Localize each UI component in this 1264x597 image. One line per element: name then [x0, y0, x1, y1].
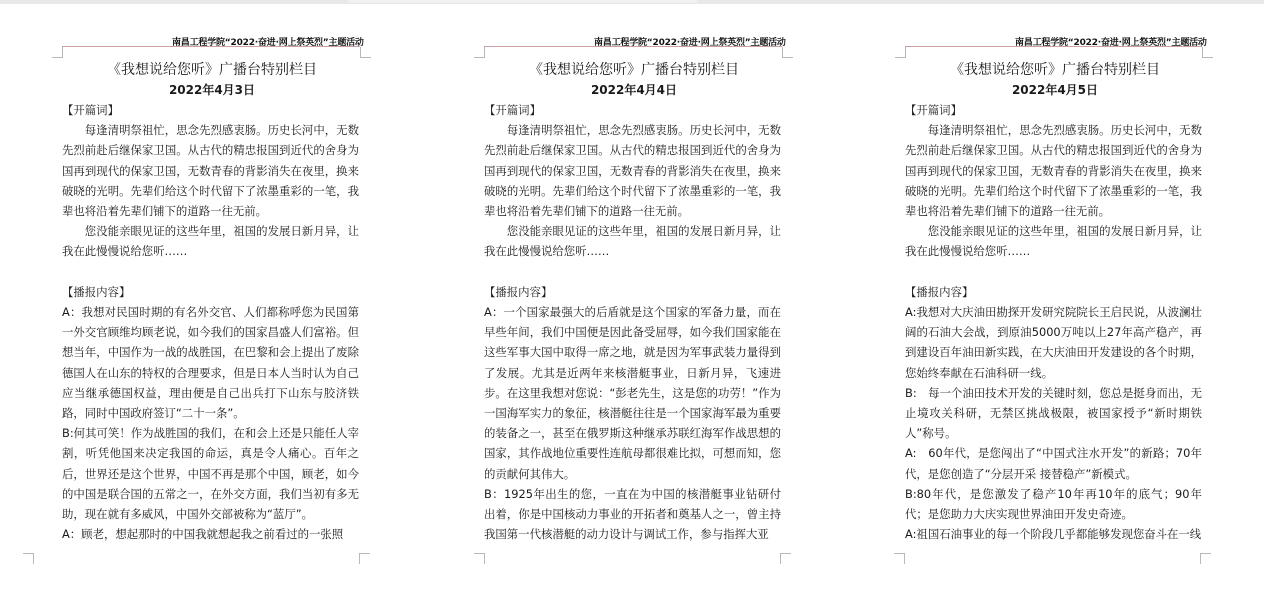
opening-paragraph: 您没能亲眼见证的这些年里，祖国的发展日新月异，让我在此慢慢说给您听……	[905, 221, 1202, 261]
opening-label: 【开篇词】	[905, 100, 1202, 120]
corner-mark-top-left	[895, 47, 906, 58]
page-header-rule	[905, 46, 1202, 47]
content-paragraph: B:80年代，是您激发了稳产10年再10年的底气；90年代；是您助力大庆实现世界…	[905, 484, 1202, 524]
content-paragraph: B: 每一个油田技术开发的关键时刻，您总是挺身而出，无止境攻关科研，无禁区挑战极…	[905, 383, 1202, 444]
content-paragraph: A: 60年代，是您闯出了“中国式注水开发”的新路；70年代，是您创造了“分层开…	[905, 443, 1202, 483]
opening-paragraph: 每逢清明祭祖忙，思念先烈感衷肠。历史长河中，无数先烈前赴后继保家卫国。从古代的精…	[905, 120, 1202, 221]
page-body: 【开篇词】 每逢清明祭祖忙，思念先烈感衷肠。历史长河中，无数先烈前赴后继保家卫国…	[905, 100, 1202, 544]
corner-mark-bottom-right	[1200, 553, 1211, 564]
document-page-3: 南昌工程学院“2022·奋进·网上祭英烈”主题活动 《我想说给您听》广播台特别栏…	[0, 0, 1264, 597]
corner-mark-top-right	[1202, 47, 1213, 58]
content-label: 【播报内容】	[905, 282, 1202, 302]
content-paragraph: A:我想对大庆油田勘探开发研究院院长王启民说，从波澜壮阔的石油大会战，到原油50…	[905, 302, 1202, 383]
corner-mark-bottom-left	[894, 553, 905, 564]
content-paragraph: A:祖国石油事业的每一个阶段几乎都能够发现您奋斗在一线	[905, 524, 1202, 544]
broadcast-date: 2022年4月5日	[905, 81, 1205, 98]
program-title: 《我想说给您听》广播台特别栏目	[905, 59, 1205, 79]
blank-line	[905, 262, 1202, 282]
